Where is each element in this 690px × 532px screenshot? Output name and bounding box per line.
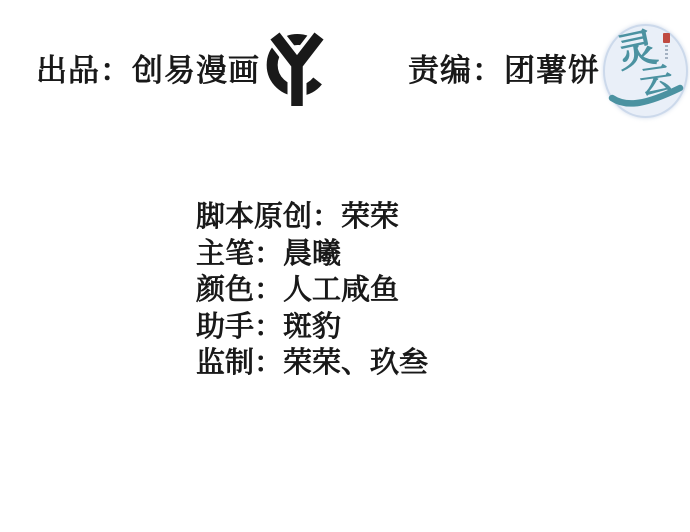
credit-line-lead-artist: 主笔：晨曦 bbox=[196, 236, 428, 273]
credit-line-supervisor: 监制：荣荣、玖叁 bbox=[196, 345, 428, 382]
lingyun-brush-stroke bbox=[603, 81, 688, 111]
publisher-label: 出品：创易漫画 bbox=[36, 50, 260, 92]
lingyun-studio-icon: 灵 云 bbox=[603, 24, 688, 118]
editor-label: 责编：团薯饼 bbox=[408, 50, 600, 92]
cy-monogram-icon bbox=[266, 29, 334, 108]
lingyun-red-seal bbox=[663, 33, 670, 43]
credit-line-assistant: 助手：斑豹 bbox=[196, 309, 428, 346]
lingyun-seal-caption bbox=[665, 45, 668, 61]
credit-line-color: 颜色：人工咸鱼 bbox=[196, 272, 428, 309]
credit-line-script: 脚本原创：荣荣 bbox=[196, 199, 428, 236]
credits-block: 脚本原创：荣荣 主笔：晨曦 颜色：人工咸鱼 助手：斑豹 监制：荣荣、玖叁 bbox=[196, 199, 428, 382]
comic-credits-page: 出品：创易漫画 责编：团薯饼 灵 云 脚本原创：荣荣 主笔：晨曦 颜色：人工咸鱼… bbox=[0, 0, 690, 532]
